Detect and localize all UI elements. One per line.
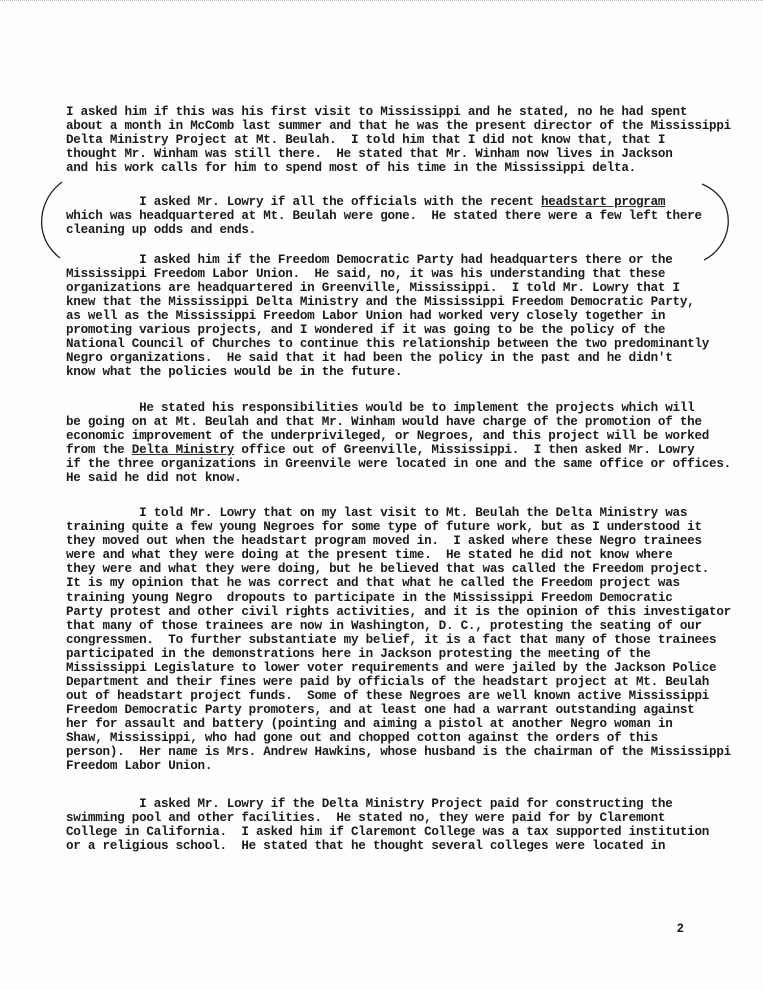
text-line: I told Mr. Lowry that on my last visit t…	[66, 506, 687, 520]
text-line: cleaning up odds and ends.	[66, 223, 256, 237]
text-line: as well as the Mississippi Freedom Labor…	[66, 309, 665, 323]
text-segment: from the	[66, 443, 132, 457]
text-line: or a religious school. He stated that he…	[66, 839, 665, 853]
text-line: participated in the demonstrations here …	[66, 647, 651, 661]
text-line: College in California. I asked him if Cl…	[66, 825, 709, 839]
text-line: I asked him if this was his first visit …	[66, 105, 687, 119]
text-line: they moved out when the headstart progra…	[66, 534, 702, 548]
text-line: economic improvement of the underprivile…	[66, 429, 709, 443]
text-line: and his work calls for him to spend most…	[66, 161, 636, 175]
text-line: person). Her name is Mrs. Andrew Hawkins…	[66, 745, 731, 759]
left-bracket-mark-icon	[38, 180, 68, 262]
underlined-phrase: Delta Ministry	[132, 443, 234, 457]
text-line: organizations are headquartered in Green…	[66, 281, 680, 295]
text-line: training young Negro dropouts to partici…	[66, 591, 673, 605]
text-line: swimming pool and other facilities. He s…	[66, 811, 665, 825]
text-line: Department and their fines were paid by …	[66, 675, 709, 689]
text-line: from the Delta Ministry office out of Gr…	[66, 443, 694, 457]
text-line: promoting various projects, and I wonder…	[66, 323, 665, 337]
document-page: I asked him if this was his first visit …	[0, 0, 763, 990]
text-line: Freedom Labor Union.	[66, 759, 212, 773]
text-line: thought Mr. Winham was still there. He s…	[66, 147, 673, 161]
text-line: that many of those trainees are now in W…	[66, 619, 702, 633]
text-line: if the three organizations in Greenvile …	[66, 457, 731, 471]
underlined-phrase: headstart program	[541, 195, 665, 209]
text-line: Party protest and other civil rights act…	[66, 605, 731, 619]
text-line: Shaw, Mississippi, who had gone out and …	[66, 731, 658, 745]
text-line: were and what they were doing at the pre…	[66, 548, 673, 562]
text-line: National Council of Churches to continue…	[66, 337, 709, 351]
text-line: which was headquartered at Mt. Beulah we…	[66, 209, 702, 223]
text-line: I asked Mr. Lowry if all the officials w…	[66, 195, 665, 209]
page-number: 2	[677, 921, 684, 935]
text-line: training quite a few young Negroes for s…	[66, 520, 702, 534]
text-line: He said he did not know.	[66, 471, 241, 485]
text-line: knew that the Mississippi Delta Ministry…	[66, 295, 694, 309]
text-line: Delta Ministry Project at Mt. Beulah. I …	[66, 133, 665, 147]
text-line: about a month in McComb last summer and …	[66, 119, 731, 133]
text-segment: I asked Mr. Lowry if all the officials w…	[66, 195, 541, 209]
text-line: her for assault and battery (pointing an…	[66, 717, 673, 731]
text-line: I asked him if the Freedom Democratic Pa…	[66, 253, 673, 267]
text-segment: office out of Greenville, Mississippi. I…	[234, 443, 694, 457]
text-line: Negro organizations. He said that it had…	[66, 351, 673, 365]
page-top-edge	[0, 0, 763, 2]
text-line: be going on at Mt. Beulah and that Mr. W…	[66, 415, 702, 429]
text-line: Mississippi Freedom Labor Union. He said…	[66, 267, 665, 281]
text-line: I asked Mr. Lowry if the Delta Ministry …	[66, 797, 673, 811]
text-line: know what the policies would be in the f…	[66, 365, 402, 379]
right-bracket-mark-icon	[700, 182, 734, 264]
text-line: out of headstart project funds. Some of …	[66, 689, 709, 703]
text-line: congressmen. To further substantiate my …	[66, 633, 716, 647]
text-line: they were and what they were doing, but …	[66, 562, 709, 576]
text-line: He stated his responsibilities would be …	[66, 401, 694, 415]
text-line: Mississippi Legislature to lower voter r…	[66, 661, 716, 675]
text-line: It is my opinion that he was correct and…	[66, 576, 680, 590]
text-line: Freedom Democratic Party promoters, and …	[66, 703, 694, 717]
